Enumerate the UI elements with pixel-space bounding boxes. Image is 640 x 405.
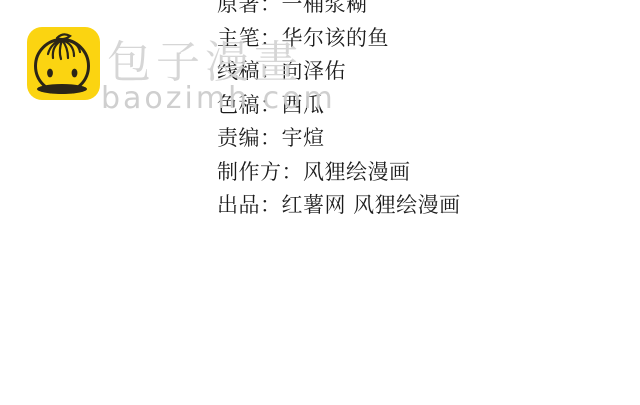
credit-line-editor: 责编：宇煊 xyxy=(217,122,461,156)
credit-line-original-author: 原著：一桶浆糊 xyxy=(217,0,461,22)
credit-line-coloring: 色稿：西瓜 xyxy=(217,89,461,123)
credit-line-publisher: 出品：红薯网 风狸绘漫画 xyxy=(217,189,461,223)
baozi-logo xyxy=(27,27,100,100)
comic-credits-page: 原著：一桶浆糊 主笔：华尔该的鱼 线稿：向泽佑 色稿：西瓜 责编：宇煊 制作方：… xyxy=(0,0,640,405)
credit-line-line-art: 线稿：向泽佑 xyxy=(217,55,461,89)
credit-line-lead-artist: 主笔：华尔该的鱼 xyxy=(217,22,461,56)
credits-block: 原著：一桶浆糊 主笔：华尔该的鱼 线稿：向泽佑 色稿：西瓜 责编：宇煊 制作方：… xyxy=(217,0,461,223)
credit-line-producer: 制作方：风狸绘漫画 xyxy=(217,156,461,190)
baozi-bun-icon xyxy=(27,27,100,100)
